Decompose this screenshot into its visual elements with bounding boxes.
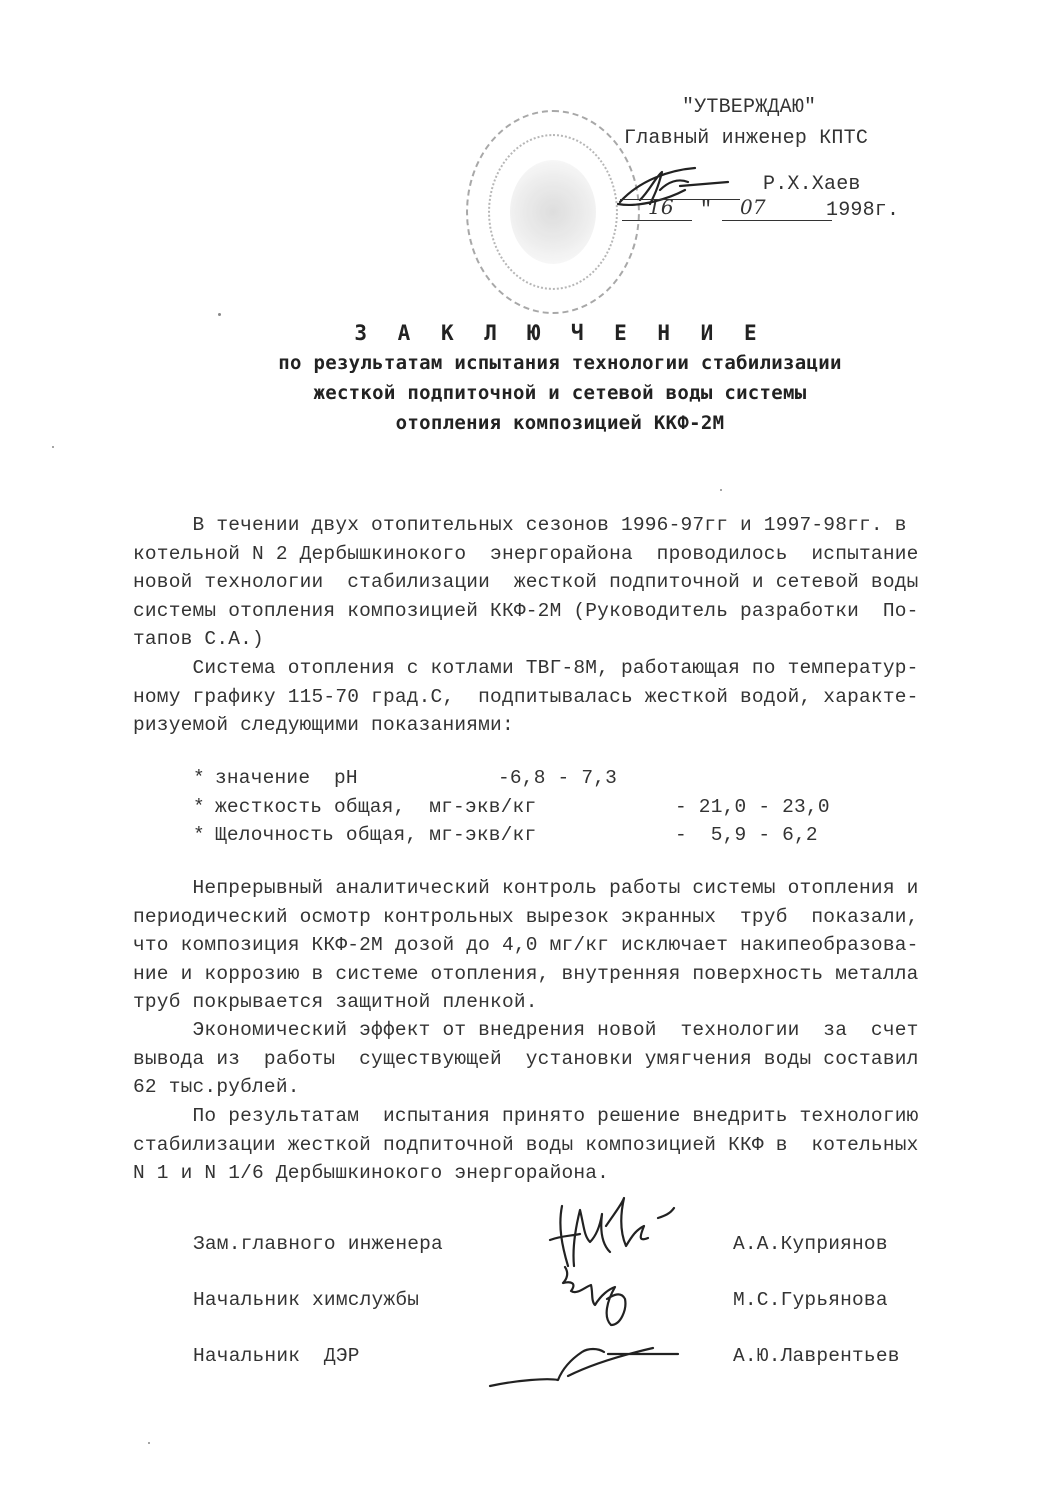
paragraph-line: ние и коррозию в системе отопления, внут… bbox=[133, 960, 993, 989]
approval-date-month: 07 bbox=[740, 194, 766, 220]
scan-speck bbox=[148, 1442, 150, 1444]
paragraph-line: По результатам испытания принято решение… bbox=[133, 1102, 993, 1131]
signature-kupriyanov bbox=[540, 1196, 680, 1276]
signature-lavrentyev bbox=[488, 1340, 688, 1390]
signature-guryanova bbox=[555, 1265, 655, 1335]
document-title: З А К Л Ю Ч Е Н И Е по результатам испыт… bbox=[200, 318, 920, 438]
paragraph-line: стабилизации жесткой подпиточной воды ко… bbox=[133, 1131, 993, 1160]
parameter-label: жесткость общая, мг-экв/кг bbox=[215, 793, 536, 822]
parameter-value: - 5,9 - 6,2 bbox=[675, 821, 818, 850]
approval-heading: "УТВЕРЖДАЮ" bbox=[630, 92, 868, 123]
paragraph-decision: По результатам испытания принято решение… bbox=[133, 1102, 993, 1188]
signer-position: Начальник химслужбы bbox=[193, 1289, 419, 1311]
parameter-label: значение pH bbox=[215, 764, 358, 793]
paragraph-line: Экономический эффект от внедрения новой … bbox=[133, 1016, 993, 1045]
paragraph-line: 62 тыс.рублей. bbox=[133, 1073, 993, 1102]
title-heading: З А К Л Ю Ч Е Н И Е bbox=[200, 318, 920, 348]
paragraph-line: В течении двух отопительных сезонов 1996… bbox=[133, 511, 993, 540]
paragraph-intro: В течении двух отопительных сезонов 1996… bbox=[133, 511, 993, 654]
scan-speck bbox=[218, 313, 221, 316]
parameter-label: Щелочность общая, мг-экв/кг bbox=[215, 821, 536, 850]
star-bullet-icon: * bbox=[193, 764, 205, 793]
paragraph-line: N 1 и N 1/6 Дербышкинокого энергорайона. bbox=[133, 1159, 993, 1188]
signer-position: Зам.главного инженера bbox=[193, 1233, 443, 1255]
paragraph-line: Система отопления с котлами ТВГ-8М, рабо… bbox=[133, 654, 993, 683]
star-bullet-icon: * bbox=[193, 821, 205, 850]
approver-signature-line bbox=[620, 199, 740, 200]
paragraph-line: Непрерывный аналитический контроль работ… bbox=[133, 874, 993, 903]
title-line-3: отопления композицией ККФ-2М bbox=[200, 408, 920, 438]
approval-position: Главный инженер КПТС bbox=[624, 123, 868, 154]
approver-signature bbox=[610, 160, 730, 220]
parameter-value: - 21,0 - 23,0 bbox=[675, 793, 830, 822]
paragraph-line: периодический осмотр контрольных вырезок… bbox=[133, 903, 993, 932]
paragraph-control: Непрерывный аналитический контроль работ… bbox=[133, 874, 993, 1017]
paragraph-line: ризуемой следующими показаниями: bbox=[133, 711, 993, 740]
approval-date-year: 1998г. bbox=[826, 198, 899, 224]
paragraph-line: труб покрывается защитной пленкой. bbox=[133, 988, 993, 1017]
signer-position: Начальник ДЭР bbox=[193, 1345, 360, 1367]
star-bullet-icon: * bbox=[193, 793, 205, 822]
paragraph-line: ному графику 115-70 град.С, подпитывалас… bbox=[133, 683, 993, 712]
paragraph-line: новой технологии стабилизации жесткой по… bbox=[133, 568, 993, 597]
scan-speck bbox=[720, 489, 722, 491]
signer-name: М.С.Гурьянова bbox=[733, 1289, 888, 1311]
paragraph-economic: Экономический эффект от внедрения новой … bbox=[133, 1016, 993, 1102]
paragraph-line: системы отопления композицией ККФ-2М (Ру… bbox=[133, 597, 993, 626]
signer-name: А.Ю.Лаврентьев bbox=[733, 1345, 900, 1367]
stamp-emblem bbox=[510, 160, 596, 264]
title-line-1: по результатам испытания технологии стаб… bbox=[200, 348, 920, 378]
paragraph-line: котельной N 2 Дербышкинокого энергорайон… bbox=[133, 540, 993, 569]
scan-speck bbox=[52, 446, 54, 448]
signer-name: А.А.Куприянов bbox=[733, 1233, 888, 1255]
paragraph-line: вывода из работы существующей установки … bbox=[133, 1045, 993, 1074]
title-line-2: жесткой подпиточной и сетевой воды систе… bbox=[200, 378, 920, 408]
paragraph-line: тапов С.А.) bbox=[133, 625, 993, 654]
parameter-value: -6,8 - 7,3 bbox=[498, 764, 617, 793]
paragraph-system: Система отопления с котлами ТВГ-8М, рабо… bbox=[133, 654, 993, 740]
paragraph-line: что композиция ККФ-2М дозой до 4,0 мг/кг… bbox=[133, 931, 993, 960]
